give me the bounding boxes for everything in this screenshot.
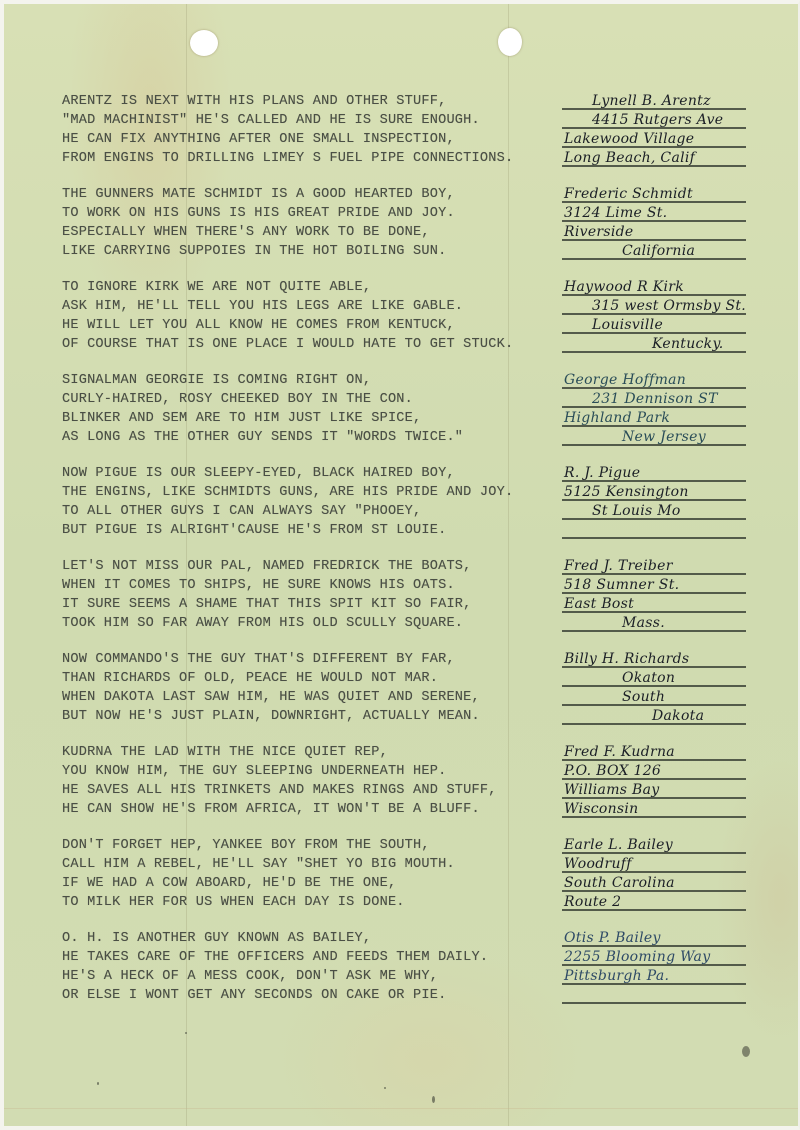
handwritten-address: Okaton bbox=[622, 670, 675, 686]
handwritten-address: 518 Sumner St. bbox=[564, 577, 679, 593]
poem-line: HE TAKES CARE OF THE OFFICERS AND FEEDS … bbox=[62, 948, 488, 967]
handwritten-address: East Bost bbox=[564, 596, 634, 612]
poem-line: BLINKER AND SEM ARE TO HIM JUST LIKE SPI… bbox=[62, 409, 463, 428]
poem-line: NOW COMMANDO'S THE GUY THAT'S DIFFERENT … bbox=[62, 650, 480, 669]
poem-line: OR ELSE I WONT GET ANY SECONDS ON CAKE O… bbox=[62, 986, 488, 1005]
signature-line: Pittsburgh Pa. bbox=[562, 967, 746, 986]
handwritten-address: 2255 Blooming Way bbox=[564, 949, 710, 965]
handwritten-address: Williams Bay bbox=[564, 782, 659, 798]
handwritten-address: Lakewood Village bbox=[564, 131, 694, 147]
poem-line: HE WILL LET YOU ALL KNOW HE COMES FROM K… bbox=[62, 316, 513, 335]
stanza-kirk: TO IGNORE KIRK WE ARE NOT QUITE ABLE, AS… bbox=[62, 278, 513, 354]
poem-line: HE CAN FIX ANYTHING AFTER ONE SMALL INSP… bbox=[62, 130, 513, 149]
signature-line: St Louis Mo bbox=[562, 502, 746, 521]
signature-line: 3124 Lime St. bbox=[562, 204, 746, 223]
poem-line: ASK HIM, HE'LL TELL YOU HIS LEGS ARE LIK… bbox=[62, 297, 513, 316]
signature-line: Wisconsin bbox=[562, 800, 746, 819]
handwritten-name: Haywood R Kirk bbox=[564, 279, 684, 295]
handwritten-address: Woodruff bbox=[564, 856, 632, 872]
signature-line: 4415 Rutgers Ave bbox=[562, 111, 746, 130]
signature-line: Haywood R Kirk bbox=[562, 278, 746, 297]
signature-line: California bbox=[562, 242, 746, 261]
poem-line: THE ENGINS, LIKE SCHMIDTS GUNS, ARE HIS … bbox=[62, 483, 513, 502]
poem-line: HE SAVES ALL HIS TRINKETS AND MAKES RING… bbox=[62, 781, 497, 800]
signature-line: Riverside bbox=[562, 223, 746, 242]
signature-line: Lynell B. Arentz bbox=[562, 92, 746, 111]
signature-line: 2255 Blooming Way bbox=[562, 948, 746, 967]
signature-line bbox=[562, 986, 746, 1005]
signature-line: Earle L. Bailey bbox=[562, 836, 746, 855]
handwritten-address: 4415 Rutgers Ave bbox=[592, 112, 723, 128]
punch-hole bbox=[498, 28, 522, 56]
signature-line: 231 Dennison ST bbox=[562, 390, 746, 409]
poem-line: SIGNALMAN GEORGIE IS COMING RIGHT ON, bbox=[62, 371, 463, 390]
handwritten-address: Highland Park bbox=[564, 410, 670, 426]
handwritten-address: New Jersey bbox=[622, 429, 706, 445]
handwritten-address: Route 2 bbox=[564, 894, 621, 910]
stanza-kudrna: KUDRNA THE LAD WITH THE NICE QUIET REP, … bbox=[62, 743, 497, 819]
signature-entry-kudrna: Fred F. Kudrna P.O. BOX 126 Williams Bay… bbox=[562, 743, 762, 819]
ink-speck bbox=[432, 1096, 435, 1103]
poem-line: THAN RICHARDS OF OLD, PEACE HE WOULD NOT… bbox=[62, 669, 480, 688]
poem-line: WHEN IT COMES TO SHIPS, HE SURE KNOWS HI… bbox=[62, 576, 472, 595]
handwritten-address: St Louis Mo bbox=[592, 503, 681, 519]
signature-line: P.O. BOX 126 bbox=[562, 762, 746, 781]
signature-line: 5125 Kensington bbox=[562, 483, 746, 502]
signature-entry-kirk: Haywood R Kirk 315 west Ormsby St. Louis… bbox=[562, 278, 762, 354]
signature-entry-hoffman: George Hoffman 231 Dennison ST Highland … bbox=[562, 371, 762, 447]
handwritten-address: Kentucky. bbox=[652, 336, 724, 352]
poem-line: TOOK HIM SO FAR AWAY FROM HIS OLD SCULLY… bbox=[62, 614, 472, 633]
poem-line: LET'S NOT MISS OUR PAL, NAMED FREDRICK T… bbox=[62, 557, 472, 576]
poem-line: ESPECIALLY WHEN THERE'S ANY WORK TO BE D… bbox=[62, 223, 455, 242]
signature-line: 518 Sumner St. bbox=[562, 576, 746, 595]
handwritten-address: Louisville bbox=[592, 317, 663, 333]
signature-line: R. J. Pigue bbox=[562, 464, 746, 483]
handwritten-name: Earle L. Bailey bbox=[564, 837, 673, 853]
signature-line: Okaton bbox=[562, 669, 746, 688]
signature-line: South Carolina bbox=[562, 874, 746, 893]
handwritten-name: Billy H. Richards bbox=[564, 651, 689, 667]
signature-entry-treiber: Fred J. Treiber 518 Sumner St. East Bost… bbox=[562, 557, 762, 633]
signature-line: New Jersey bbox=[562, 428, 746, 447]
poem-line: CALL HIM A REBEL, HE'LL SAY "SHET YO BIG… bbox=[62, 855, 455, 874]
handwritten-address: Wisconsin bbox=[564, 801, 638, 817]
signature-entry-pigue: R. J. Pigue 5125 Kensington St Louis Mo bbox=[562, 464, 762, 540]
poem-line: TO MILK HER FOR US WHEN EACH DAY IS DONE… bbox=[62, 893, 455, 912]
signature-line: Fred F. Kudrna bbox=[562, 743, 746, 762]
signature-line: Louisville bbox=[562, 316, 746, 335]
poem-line: AS LONG AS THE OTHER GUY SENDS IT "WORDS… bbox=[62, 428, 463, 447]
poem-line: LIKE CARRYING SUPPOIES IN THE HOT BOILIN… bbox=[62, 242, 455, 261]
poem-line: HE'S A HECK OF A MESS COOK, DON'T ASK ME… bbox=[62, 967, 488, 986]
poem-line: YOU KNOW HIM, THE GUY SLEEPING UNDERNEAT… bbox=[62, 762, 497, 781]
handwritten-name: R. J. Pigue bbox=[564, 465, 640, 481]
handwritten-address: Riverside bbox=[564, 224, 634, 240]
stanza-georgie: SIGNALMAN GEORGIE IS COMING RIGHT ON, CU… bbox=[62, 371, 463, 447]
signature-line: Lakewood Village bbox=[562, 130, 746, 149]
poem-line: OF COURSE THAT IS ONE PLACE I WOULD HATE… bbox=[62, 335, 513, 354]
signature-line: 315 west Ormsby St. bbox=[562, 297, 746, 316]
poem-line: CURLY-HAIRED, ROSY CHEEKED BOY IN THE CO… bbox=[62, 390, 463, 409]
poem-line: IT SURE SEEMS A SHAME THAT THIS SPIT KIT… bbox=[62, 595, 472, 614]
ink-smudge bbox=[742, 1046, 750, 1057]
poem-line: BUT NOW HE'S JUST PLAIN, DOWNRIGHT, ACTU… bbox=[62, 707, 480, 726]
poem-line: THE GUNNERS MATE SCHMIDT IS A GOOD HEART… bbox=[62, 185, 455, 204]
handwritten-name: Fred J. Treiber bbox=[564, 558, 673, 574]
signature-line: Fred J. Treiber bbox=[562, 557, 746, 576]
signature-line: Route 2 bbox=[562, 893, 746, 912]
signature-line: Dakota bbox=[562, 707, 746, 726]
poem-line: IF WE HAD A COW ABOARD, HE'D BE THE ONE, bbox=[62, 874, 455, 893]
ink-speck bbox=[185, 1032, 187, 1034]
stanza-schmidt: THE GUNNERS MATE SCHMIDT IS A GOOD HEART… bbox=[62, 185, 455, 261]
signature-entry-otis-bailey: Otis P. Bailey 2255 Blooming Way Pittsbu… bbox=[562, 929, 762, 1005]
signature-line: Woodruff bbox=[562, 855, 746, 874]
handwritten-name: Frederic Schmidt bbox=[564, 186, 693, 202]
poem-line: TO IGNORE KIRK WE ARE NOT QUITE ABLE, bbox=[62, 278, 513, 297]
stanza-fredrick: LET'S NOT MISS OUR PAL, NAMED FREDRICK T… bbox=[62, 557, 472, 633]
poem-line: TO WORK ON HIS GUNS IS HIS GREAT PRIDE A… bbox=[62, 204, 455, 223]
handwritten-name: Lynell B. Arentz bbox=[592, 93, 711, 109]
poem-line: ARENTZ IS NEXT WITH HIS PLANS AND OTHER … bbox=[62, 92, 513, 111]
signature-line bbox=[562, 521, 746, 540]
poem-line: TO ALL OTHER GUYS I CAN ALWAYS SAY "PHOO… bbox=[62, 502, 513, 521]
handwritten-address: Mass. bbox=[622, 615, 665, 631]
handwritten-address: 3124 Lime St. bbox=[564, 205, 667, 221]
handwritten-name: George Hoffman bbox=[564, 372, 686, 388]
stanza-pigue: NOW PIGUE IS OUR SLEEPY-EYED, BLACK HAIR… bbox=[62, 464, 513, 540]
signature-line: George Hoffman bbox=[562, 371, 746, 390]
signature-line: Long Beach, Calif bbox=[562, 149, 746, 168]
handwritten-address: Long Beach, Calif bbox=[564, 150, 695, 166]
stanza-hep: DON'T FORGET HEP, YANKEE BOY FROM THE SO… bbox=[62, 836, 455, 912]
handwritten-address: Dakota bbox=[652, 708, 704, 724]
signature-line: Williams Bay bbox=[562, 781, 746, 800]
poem-line: DON'T FORGET HEP, YANKEE BOY FROM THE SO… bbox=[62, 836, 455, 855]
handwritten-name: Fred F. Kudrna bbox=[564, 744, 675, 760]
poem-line: "MAD MACHINIST" HE'S CALLED AND HE IS SU… bbox=[62, 111, 513, 130]
signature-entry-arentz: Lynell B. Arentz 4415 Rutgers Ave Lakewo… bbox=[562, 92, 762, 168]
punch-hole bbox=[190, 30, 218, 56]
poem-line: O. H. IS ANOTHER GUY KNOWN AS BAILEY, bbox=[62, 929, 488, 948]
signature-line: East Bost bbox=[562, 595, 746, 614]
signature-line: Kentucky. bbox=[562, 335, 746, 354]
poem-line: WHEN DAKOTA LAST SAW HIM, HE WAS QUIET A… bbox=[62, 688, 480, 707]
signature-entry-schmidt: Frederic Schmidt 3124 Lime St. Riverside… bbox=[562, 185, 762, 261]
signature-line: South bbox=[562, 688, 746, 707]
handwritten-address: 5125 Kensington bbox=[564, 484, 689, 500]
handwritten-address: P.O. BOX 126 bbox=[564, 763, 661, 779]
signature-entry-earle-bailey: Earle L. Bailey Woodruff South Carolina … bbox=[562, 836, 762, 912]
handwritten-address: South bbox=[622, 689, 665, 705]
signature-entry-richards: Billy H. Richards Okaton South Dakota bbox=[562, 650, 762, 726]
ink-speck bbox=[97, 1082, 99, 1085]
signature-line: Otis P. Bailey bbox=[562, 929, 746, 948]
handwritten-address: Pittsburgh Pa. bbox=[564, 968, 669, 984]
poem-line: BUT PIGUE IS ALRIGHT'CAUSE HE'S FROM ST … bbox=[62, 521, 513, 540]
ink-speck bbox=[384, 1087, 386, 1089]
stanza-richards: NOW COMMANDO'S THE GUY THAT'S DIFFERENT … bbox=[62, 650, 480, 726]
handwritten-address: South Carolina bbox=[564, 875, 675, 891]
signature-line: Billy H. Richards bbox=[562, 650, 746, 669]
handwritten-address: California bbox=[622, 243, 695, 259]
paper-fold-crease bbox=[508, 0, 509, 1130]
signature-line: Highland Park bbox=[562, 409, 746, 428]
poem-line: HE CAN SHOW HE'S FROM AFRICA, IT WON'T B… bbox=[62, 800, 497, 819]
stanza-arentz: ARENTZ IS NEXT WITH HIS PLANS AND OTHER … bbox=[62, 92, 513, 168]
poem-line: FROM ENGINS TO DRILLING LIMEY S FUEL PIP… bbox=[62, 149, 513, 168]
stanza-bailey: O. H. IS ANOTHER GUY KNOWN AS BAILEY, HE… bbox=[62, 929, 488, 1005]
signature-line: Frederic Schmidt bbox=[562, 185, 746, 204]
signature-line: Mass. bbox=[562, 614, 746, 633]
paper-fold-crease bbox=[0, 1108, 800, 1109]
handwritten-address: 231 Dennison ST bbox=[592, 391, 718, 407]
handwritten-name: Otis P. Bailey bbox=[564, 930, 661, 946]
poem-line: NOW PIGUE IS OUR SLEEPY-EYED, BLACK HAIR… bbox=[62, 464, 513, 483]
poem-line: KUDRNA THE LAD WITH THE NICE QUIET REP, bbox=[62, 743, 497, 762]
handwritten-address: 315 west Ormsby St. bbox=[592, 298, 746, 314]
